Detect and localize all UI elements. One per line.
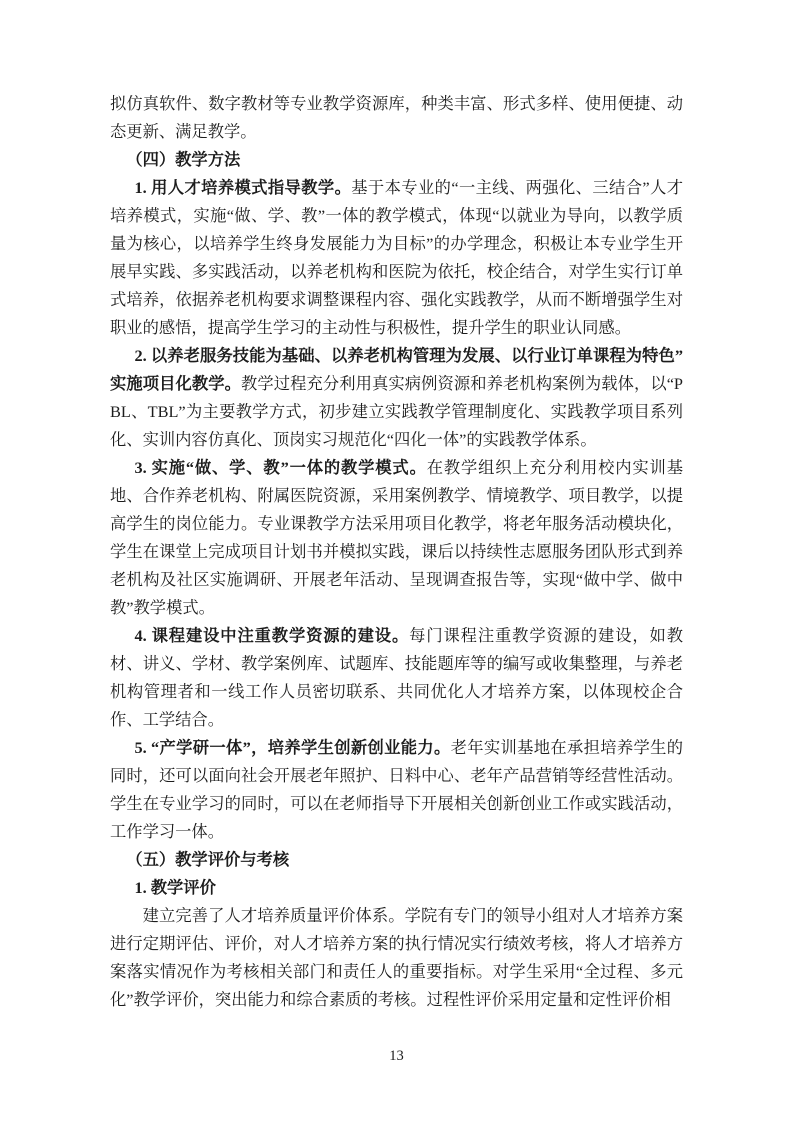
document-page: 拟仿真软件、数字教材等专业教学资源库，种类丰富、形式多样、使用便捷、动态更新、满… [0, 0, 793, 1122]
subheading-teaching-evaluation: 1. 教学评价 [110, 874, 683, 902]
section-heading-evaluation: （五）教学评价与考核 [110, 846, 683, 874]
bold-text-run: 1. 用人才培养模式指导教学。 [134, 178, 351, 197]
bold-text-run: （四）教学方法 [126, 150, 240, 169]
text-run: 在教学组织上充分利用校内实训基地、合作养老机构、附属医院资源，采用案例教学、情境… [110, 458, 683, 617]
section-heading-teaching-methods: （四）教学方法 [110, 146, 683, 174]
paragraph-method-3: 3. 实施“做、学、教”一体的教学模式。在教学组织上充分利用校内实训基地、合作养… [110, 454, 683, 622]
text-run: 拟仿真软件、数字教材等专业教学资源库，种类丰富、形式多样、使用便捷、动态更新、满… [110, 94, 683, 141]
paragraph-method-1: 1. 用人才培养模式指导教学。基于本专业的“一主线、两强化、三结合”人才培养模式… [110, 174, 683, 342]
page-number: 13 [0, 1046, 793, 1066]
paragraph-evaluation-body: 建立完善了人才培养质量评价体系。学院有专门的领导小组对人才培养方案进行定期评估、… [110, 902, 683, 1014]
bold-text-run: 4. 课程建设中注重教学资源的建设。 [134, 626, 409, 645]
document-body: 拟仿真软件、数字教材等专业教学资源库，种类丰富、形式多样、使用便捷、动态更新、满… [110, 90, 683, 1014]
text-run: 建立完善了人才培养质量评价体系。学院有专门的领导小组对人才培养方案进行定期评估、… [110, 906, 683, 1009]
bold-text-run: 3. 实施“做、学、教”一体的教学模式。 [134, 458, 426, 477]
text-run: 基于本专业的“一主线、两强化、三结合”人才培养模式，实施“做、学、教”一体的教学… [110, 178, 683, 337]
paragraph-method-2: 2. 以养老服务技能为基础、以养老机构管理为发展、以行业订单课程为特色”实施项目… [110, 342, 683, 454]
paragraph-continuation: 拟仿真软件、数字教材等专业教学资源库，种类丰富、形式多样、使用便捷、动态更新、满… [110, 90, 683, 146]
bold-text-run: 5. “产学研一体”，培养学生创新创业能力。 [134, 738, 450, 757]
paragraph-method-5: 5. “产学研一体”，培养学生创新创业能力。老年实训基地在承担培养学生的同时，还… [110, 734, 683, 846]
bold-text-run: 1. 教学评价 [134, 878, 215, 897]
bold-text-run: （五）教学评价与考核 [126, 850, 289, 869]
paragraph-method-4: 4. 课程建设中注重教学资源的建设。每门课程注重教学资源的建设，如教材、讲义、学… [110, 622, 683, 734]
